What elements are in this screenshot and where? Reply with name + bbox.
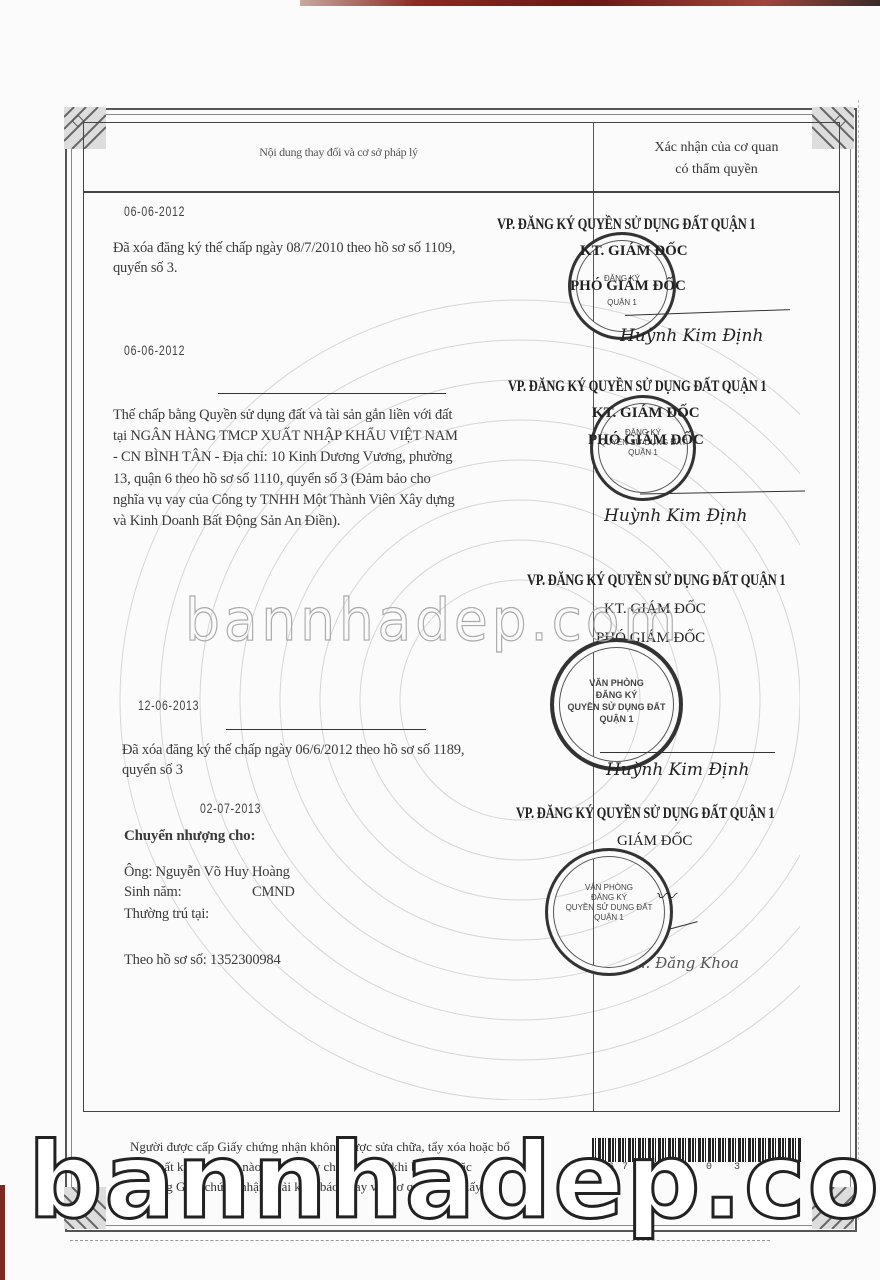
entry-text-line: - CN BÌNH TÂN - Địa chỉ: 10 Kinh Dương V… (113, 447, 452, 467)
signer-role: PHÓ GIÁM ĐỐC (588, 432, 704, 449)
id-card-label: CMND (252, 882, 295, 902)
entry-date: 02-07-2013 (200, 800, 261, 816)
entry-text-line: 13, quận 6 theo hồ sơ số 1110, quyển số … (113, 469, 431, 489)
separator-rule (226, 729, 426, 730)
office-name: VP. ĐĂNG KÝ QUYỀN SỬ DỤNG ĐẤT QUẬN 1 (516, 805, 774, 823)
signer-role: GIÁM ĐỐC (617, 833, 692, 850)
column-header-confirmation: Xác nhận của cơ quan có thẩm quyền (594, 137, 839, 181)
birth-year-label: Sinh năm: (124, 882, 181, 902)
watermark-text: bannhadep.com (185, 586, 681, 654)
signer-role: KT. GIÁM ĐỐC (580, 243, 688, 260)
signer-role: KT. GIÁM ĐỐC (592, 405, 700, 422)
watermark-text-large: bannhadep.com (28, 1120, 880, 1242)
entry-text-line: quyển số 3 (122, 760, 183, 780)
signature-stroke (600, 752, 775, 753)
background-fabric-strip (300, 0, 880, 6)
signer-name: Huỳnh Kim Định (604, 506, 747, 526)
entry-text-line: nghĩa vụ vay của Công ty TNHH Một Thành … (113, 490, 455, 510)
file-number: Theo hồ sơ số: 1352300984 (124, 950, 281, 970)
office-name: VP. ĐĂNG KÝ QUYỀN SỬ DỤNG ĐẤT QUẬN 1 (508, 378, 766, 396)
signer-name: Huỳnh Kim Định (606, 760, 749, 780)
page-bottom-edge (70, 1240, 770, 1241)
entry-text-line: Đã xóa đăng ký thế chấp ngày 08/7/2010 t… (113, 238, 455, 258)
transfer-heading: Chuyển nhượng cho: (124, 826, 255, 846)
entry-text-line: và Kinh Doanh Bất Động Sản An Điền). (113, 511, 340, 531)
entry-date: 06-06-2012 (124, 342, 185, 358)
signer-name: ... Đăng Khoa (636, 954, 739, 972)
signer-name: Huỳnh Kim Định (620, 326, 763, 346)
entry-text-line: Đã xóa đăng ký thế chấp ngày 06/6/2012 t… (122, 740, 464, 760)
header-divider (84, 191, 839, 193)
signer-role: PHÓ GIÁM ĐỐC (570, 278, 686, 295)
page-edge (858, 100, 880, 1220)
entry-text-line: tại NGÂN HÀNG TMCP XUẤT NHẬP KHẨU VIỆT N… (113, 426, 458, 446)
separator-rule (218, 393, 446, 394)
entry-text-line: Thế chấp bằng Quyền sử dụng đất và tài s… (113, 405, 452, 425)
entry-date: 06-06-2012 (124, 203, 185, 219)
recipient-name: Ông: Nguyễn Võ Huy Hoàng (124, 862, 290, 882)
background-fabric-strip (0, 1185, 5, 1280)
entry-date: 12-06-2013 (138, 697, 199, 713)
residence-label: Thường trú tại: (124, 904, 209, 924)
entry-text-line: quyển số 3. (113, 258, 177, 278)
column-header-changes: Nội dung thay đổi và cơ sở pháp lý (84, 145, 593, 160)
signature-scribble: 〰 (655, 880, 675, 909)
